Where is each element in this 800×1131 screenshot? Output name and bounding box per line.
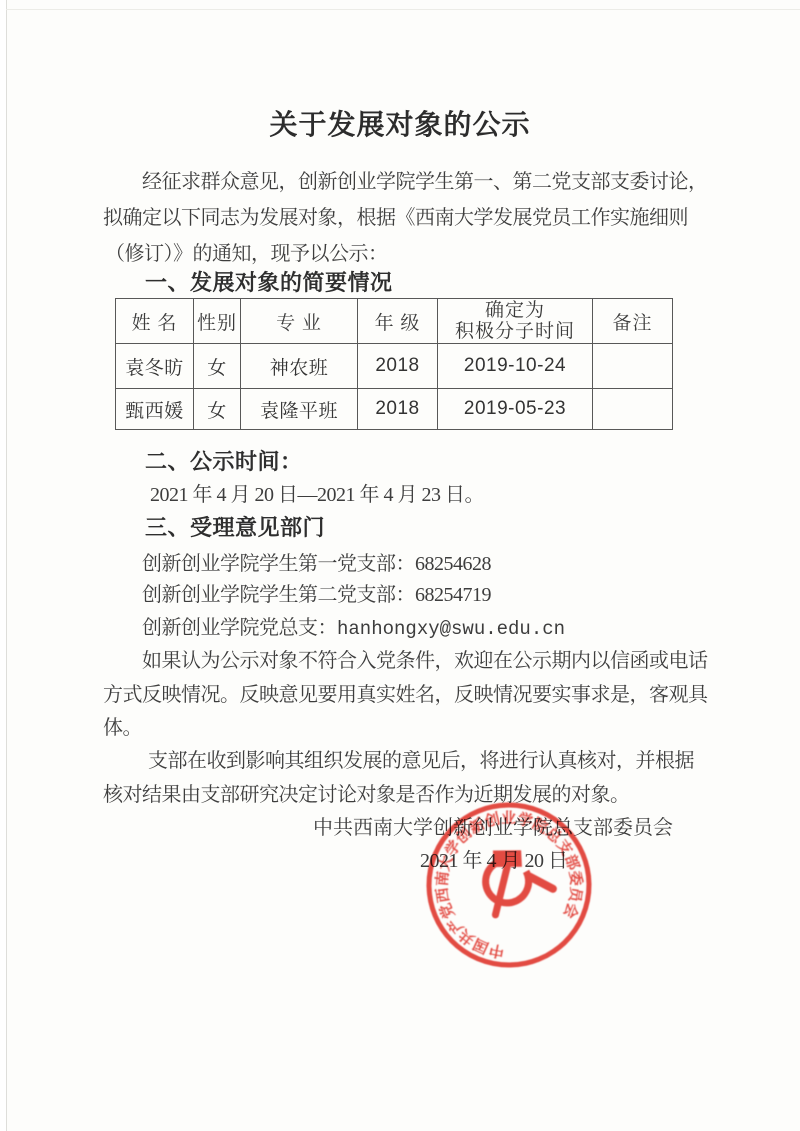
contact-line-3: 创新创业学院党总支：hanhongxy@swu.edu.cn — [142, 615, 565, 642]
verify-line-1: 支部在收到影响其组织发展的意见后，将进行认真核对，并根据 — [148, 748, 694, 774]
table-row: 甄西媛 女 袁隆平班 2018 2019-05-23 — [116, 389, 673, 430]
cell-major: 神农班 — [241, 344, 358, 389]
header-confirm-date: 确定为 积极分子时间 — [438, 299, 593, 344]
contact-label: 创新创业学院党总支： — [142, 617, 337, 639]
scan-top-edge — [6, 9, 800, 10]
feedback-line-3: 体。 — [103, 715, 142, 741]
members-table: 姓 名 性别 专 业 年 级 确定为 积极分子时间 备注 袁冬昉 女 神农班 2… — [115, 298, 673, 430]
scan-page-edge — [6, 0, 7, 1131]
feedback-line-1: 如果认为公示对象不符合入党条件，欢迎在公示期内以信函或电话 — [142, 648, 708, 674]
table-header-row: 姓 名 性别 专 业 年 级 确定为 积极分子时间 备注 — [116, 299, 673, 344]
hammer-sickle-icon — [468, 834, 553, 918]
section1-heading: 一、发展对象的简要情况 — [145, 269, 393, 297]
header-confirm-line2: 积极分子时间 — [438, 321, 592, 342]
header-name: 姓 名 — [116, 299, 194, 344]
header-gender: 性别 — [194, 299, 241, 344]
contact-line-1: 创新创业学院学生第一党支部：68254628 — [142, 551, 491, 577]
header-grade: 年 级 — [358, 299, 438, 344]
table-row: 袁冬昉 女 神农班 2018 2019-10-24 — [116, 344, 673, 389]
cell-remark — [593, 389, 673, 430]
feedback-line-2: 方式反映情况。反映意见要用真实姓名，反映情况要实事求是，客观具 — [103, 682, 708, 708]
intro-line-2: 拟确定以下同志为发展对象，根据《西南大学发展党员工作实施细则 — [103, 205, 688, 231]
header-major: 专 业 — [241, 299, 358, 344]
contact-label: 创新创业学院学生第一党支部： — [142, 553, 415, 575]
header-remark: 备注 — [593, 299, 673, 344]
contact-label: 创新创业学院学生第二党支部： — [142, 584, 415, 606]
contact-phone: 68254628 — [415, 553, 491, 575]
cell-remark — [593, 344, 673, 389]
contact-phone: 68254719 — [415, 584, 491, 606]
intro-line-3: （修订）》的通知，现予以公示： — [105, 241, 388, 267]
document-page: 关于发展对象的公示 经征求群众意见，创新创业学院学生第一、第二党支部支委讨论， … — [0, 0, 800, 1131]
header-confirm-line1: 确定为 — [438, 300, 592, 321]
contact-line-2: 创新创业学院学生第二党支部：68254719 — [142, 582, 491, 608]
stamp-ring — [401, 777, 617, 993]
intro-line-1: 经征求群众意见，创新创业学院学生第一、第二党支部支委讨论， — [142, 169, 708, 195]
cell-confirm-date: 2019-10-24 — [438, 344, 593, 389]
cell-gender: 女 — [194, 389, 241, 430]
cell-grade: 2018 — [358, 389, 438, 430]
publicity-period: 2021 年 4 月 20 日—2021 年 4 月 23 日。 — [150, 482, 484, 508]
section3-heading: 三、受理意见部门 — [145, 514, 325, 542]
cell-gender: 女 — [194, 344, 241, 389]
cell-name: 甄西媛 — [116, 389, 194, 430]
section2-heading: 二、公示时间： — [145, 448, 303, 476]
page-title: 关于发展对象的公示 — [0, 103, 800, 143]
cell-name: 袁冬昉 — [116, 344, 194, 389]
cell-major: 袁隆平班 — [241, 389, 358, 430]
cell-grade: 2018 — [358, 344, 438, 389]
cell-confirm-date: 2019-05-23 — [438, 389, 593, 430]
contact-email: hanhongxy@swu.edu.cn — [337, 618, 565, 640]
